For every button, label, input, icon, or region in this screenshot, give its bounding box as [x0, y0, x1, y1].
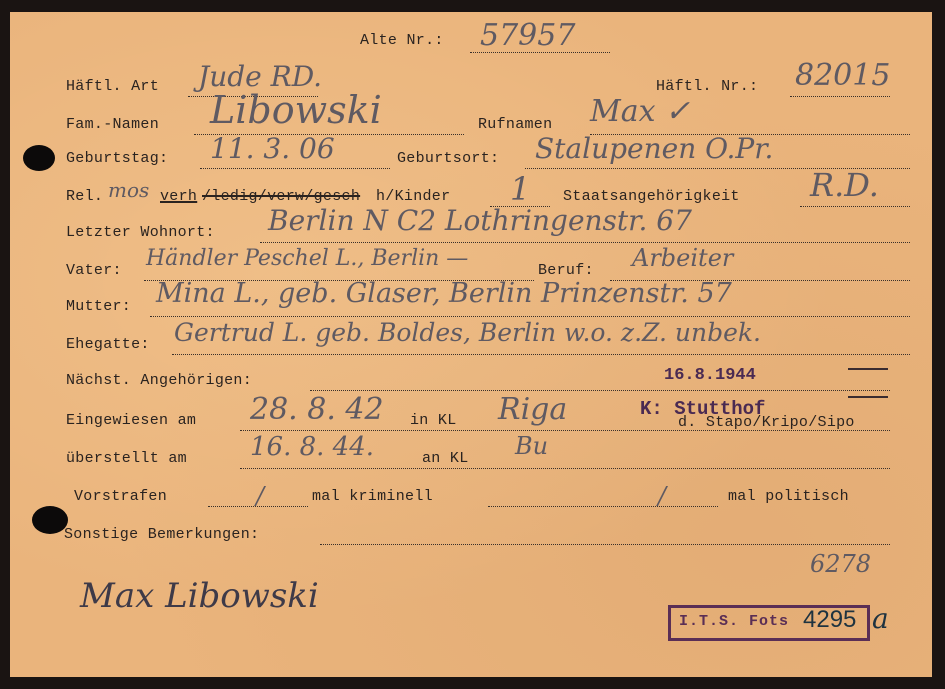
prisoner-signature: Max Libowski — [80, 576, 319, 616]
staatsangehoerigkeit-label: Staatsangehörigkeit — [563, 188, 740, 205]
ueberstellt-kl-value: Bu — [515, 432, 548, 460]
staatsangehoerigkeit-line — [800, 206, 910, 207]
haeftl-nr-value: 82015 — [795, 58, 890, 93]
mal-politisch-label: mal politisch — [728, 488, 849, 505]
ueberstellt-line — [240, 468, 890, 469]
its-stamp-suffix: a — [872, 602, 889, 635]
rufnamen-label: Rufnamen — [478, 116, 552, 133]
einweisung-by-label: d. Stapo/Kripo/Sipo — [678, 414, 855, 431]
its-stamp-prefix: I.T.S. Fots — [679, 613, 789, 630]
vorstrafen-label: Vorstrafen — [74, 488, 167, 505]
vater-value: Händler Peschel L., Berlin — — [146, 246, 468, 271]
geburtsort-value: Stalupenen O.Pr. — [535, 132, 773, 165]
mutter-line — [150, 316, 910, 317]
rel-label: Rel. — [66, 188, 103, 205]
haeftl-nr-label: Häftl. Nr.: — [656, 78, 758, 95]
rufnamen-value: Max ✓ — [590, 94, 690, 129]
alte-nr-label: Alte Nr.: — [360, 32, 444, 49]
bemerkungen-label: Sonstige Bemerkungen: — [64, 526, 259, 543]
marital-status-struck: /ledig/verw/gesch — [202, 188, 360, 205]
ehegatte-line — [172, 354, 910, 355]
beruf-value: Arbeiter — [632, 244, 733, 272]
eingewiesen-date: 28. 8. 42 — [250, 392, 384, 427]
mal-kriminell-label: mal kriminell — [312, 488, 433, 505]
vorstrafen-politisch-line — [488, 506, 718, 507]
geburtstag-line — [200, 168, 390, 169]
rel-value: mos — [108, 178, 149, 202]
ehegatte-label: Ehegatte: — [66, 336, 150, 353]
note-number: 6278 — [810, 550, 871, 578]
geburtstag-label: Geburtstag: — [66, 150, 168, 167]
haeftl-art-label: Häftl. Art — [66, 78, 159, 95]
staatsangehoerigkeit-value: R.D. — [810, 166, 879, 204]
letzter-wohnort-line — [260, 242, 910, 243]
ueberstellt-label: überstellt am — [66, 450, 187, 467]
mutter-label: Mutter: — [66, 298, 131, 315]
vorstrafen-kriminell-value: / — [256, 482, 264, 510]
geburtstag-value: 11. 3. 06 — [210, 132, 335, 165]
an-kl-label: an KL — [422, 450, 469, 467]
in-kl-label: in KL — [410, 412, 457, 429]
fam-name-label: Fam.-Namen — [66, 116, 159, 133]
ehegatte-value: Gertrud L. geb. Boldes, Berlin w.o. z.Z.… — [174, 318, 761, 347]
bemerkungen-line — [320, 544, 890, 545]
transfer-date-stamp: 16.8.1944 — [664, 366, 756, 385]
kinder-label: h/Kinder — [376, 188, 450, 205]
stamp-dash — [848, 368, 888, 370]
fam-name-value: Libowski — [210, 88, 382, 132]
ink-blot — [23, 145, 55, 171]
marital-status-verh: verh — [160, 188, 197, 205]
mutter-value: Mina L., geb. Glaser, Berlin Prinzenstr.… — [156, 278, 732, 309]
beruf-label: Beruf: — [538, 262, 594, 279]
ueberstellt-date: 16. 8. 44. — [250, 432, 374, 462]
its-stamp-number: 4295 — [803, 606, 856, 634]
vater-label: Vater: — [66, 262, 122, 279]
letzter-wohnort-label: Letzter Wohnort: — [66, 224, 215, 241]
kinder-value: 1 — [510, 170, 530, 208]
naechst-angehoerigen-label: Nächst. Angehörigen: — [66, 372, 252, 389]
geburtsort-label: Geburtsort: — [397, 150, 499, 167]
its-archive-stamp: I.T.S. Fots 4295 — [668, 605, 870, 641]
stamp-dash — [848, 396, 888, 398]
eingewiesen-label: Eingewiesen am — [66, 412, 196, 429]
prisoner-registration-card: Alte Nr.: 57957 Häftl. Art Jude RD. Häft… — [10, 12, 932, 677]
eingewiesen-kl-value: Riga — [498, 392, 567, 427]
vorstrafen-politisch-value: / — [658, 482, 666, 510]
letzter-wohnort-value: Berlin N C2 Lothringenstr. 67 — [268, 204, 692, 237]
ink-blot — [32, 506, 68, 534]
haeftl-nr-line — [790, 96, 890, 97]
naechst-angehoerigen-line — [310, 390, 890, 391]
alte-nr-value: 57957 — [480, 18, 575, 53]
